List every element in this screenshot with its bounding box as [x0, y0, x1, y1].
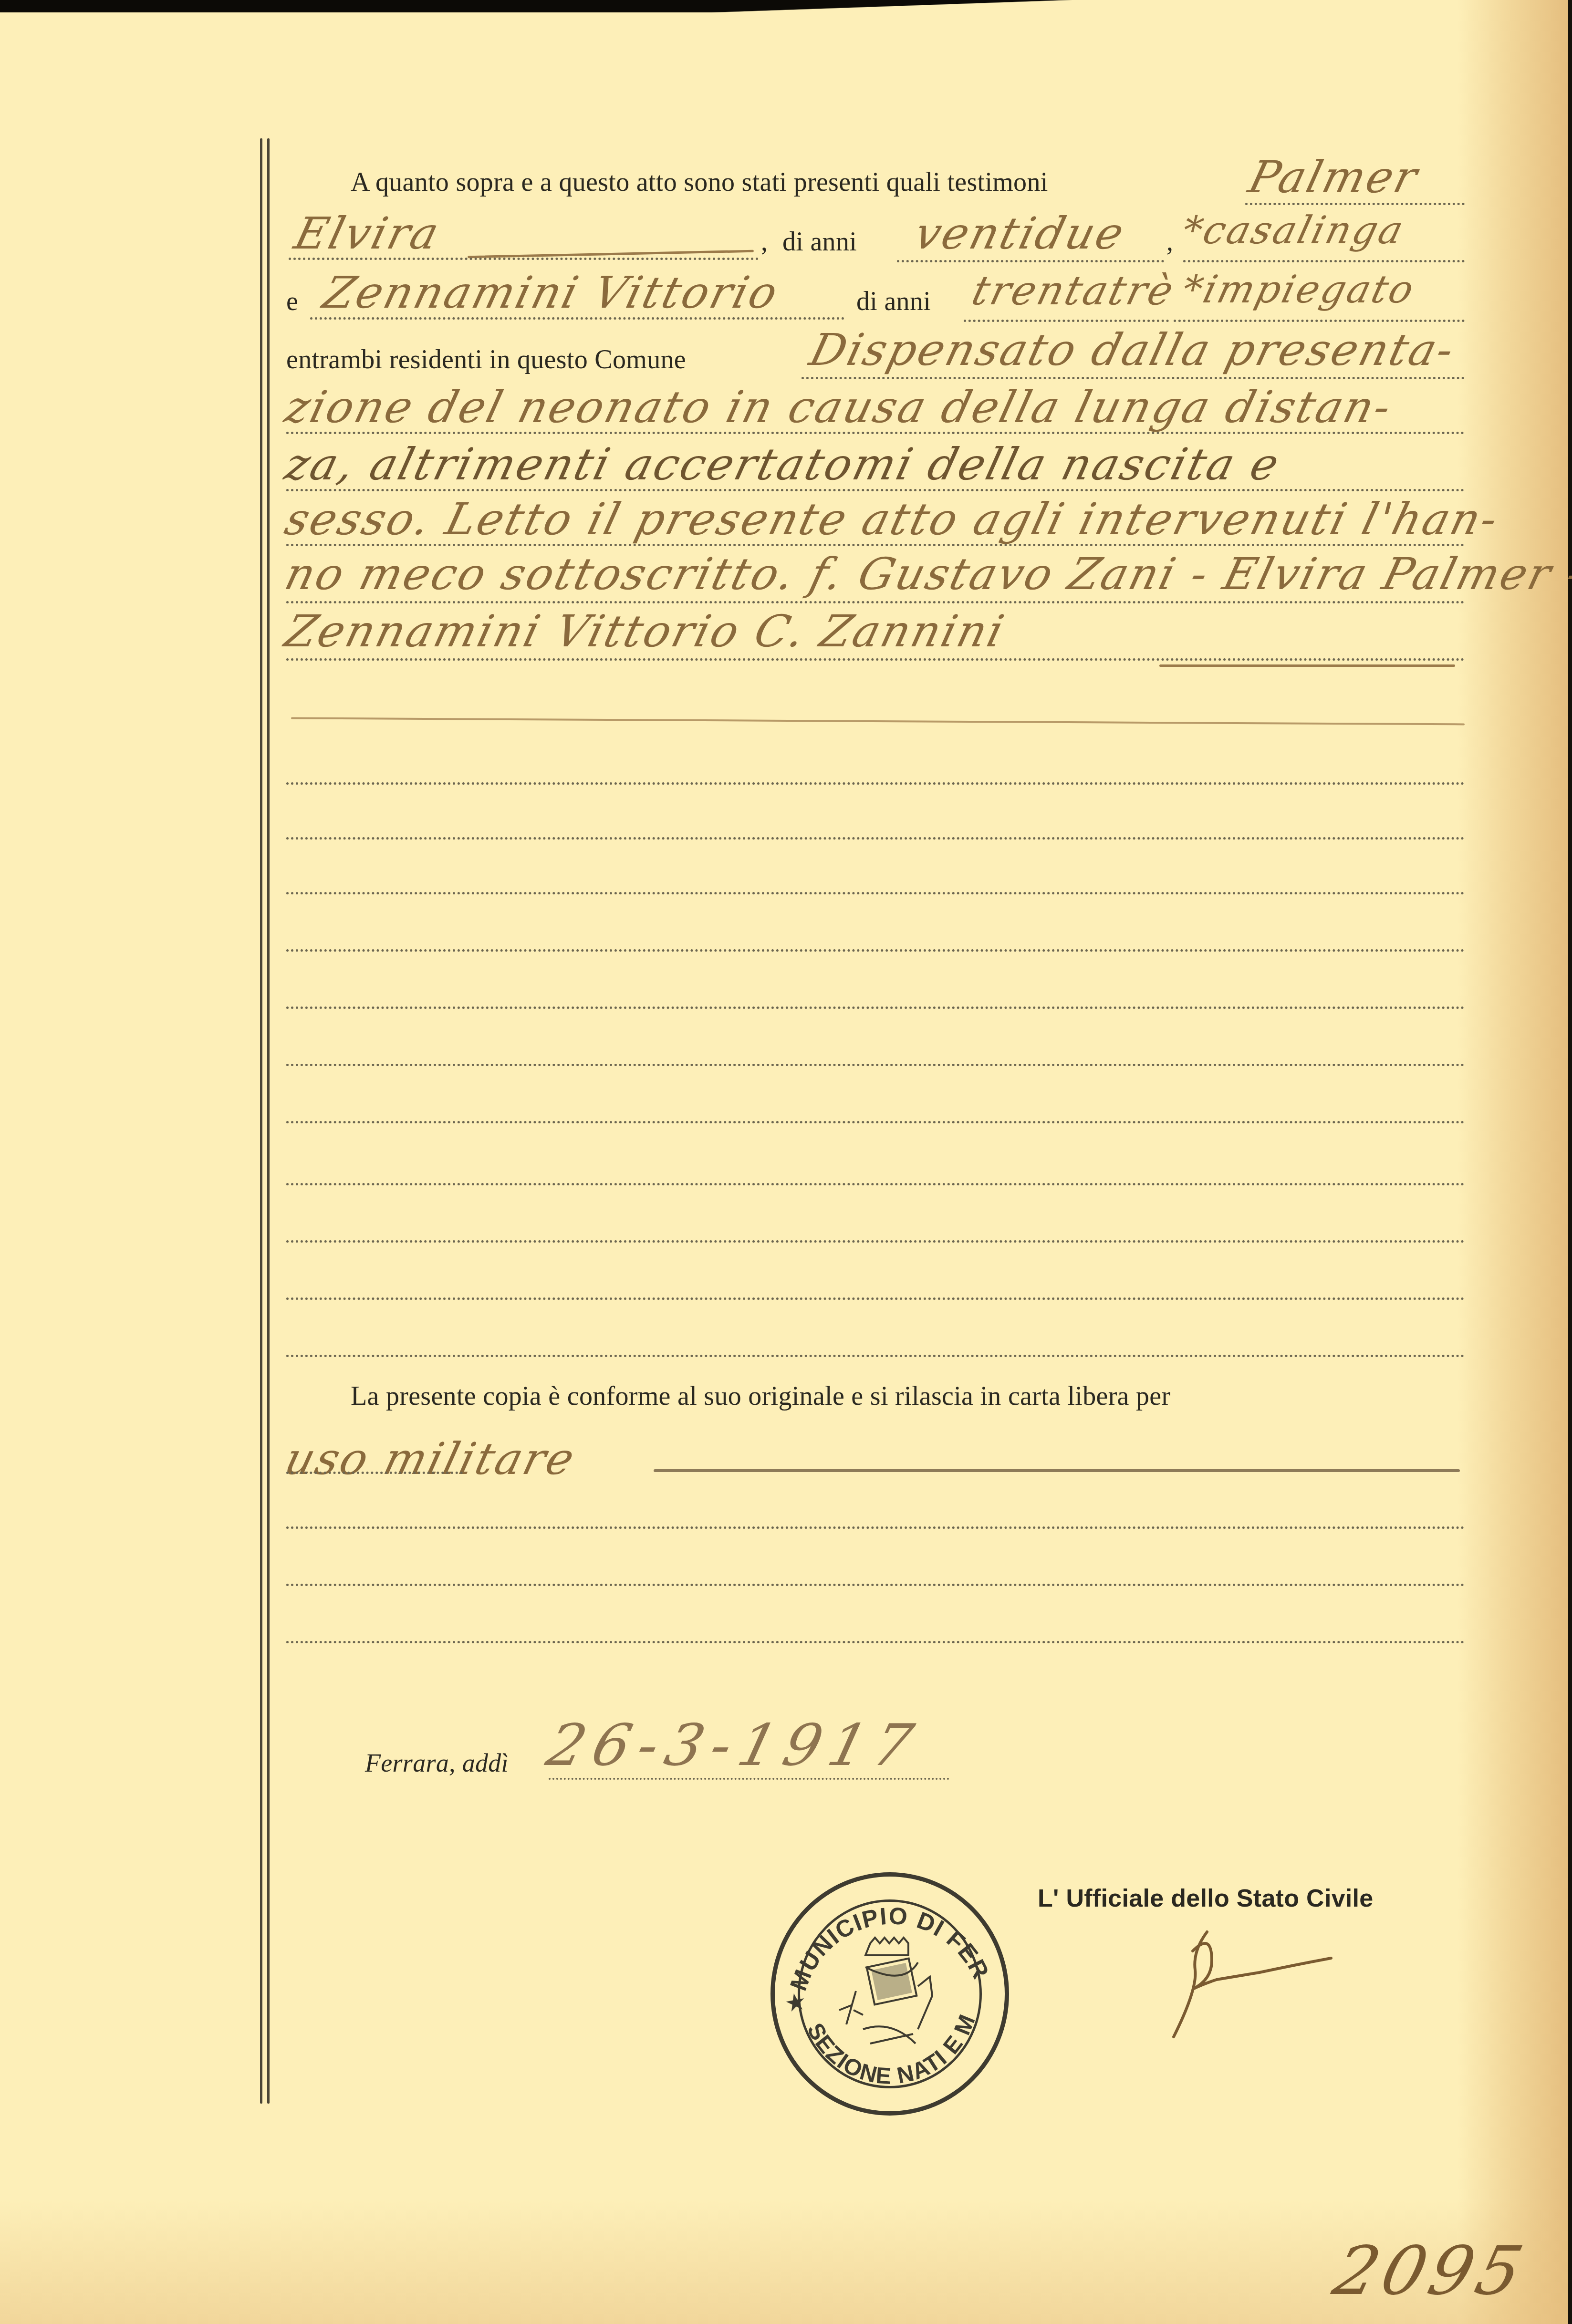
- witness2-occupation: *impiegato: [1177, 267, 1420, 311]
- notes-line-1: Dispensato dalla presenta-: [805, 324, 1461, 375]
- form-line: [289, 258, 759, 260]
- form-line: [964, 320, 1169, 322]
- form-line: [286, 601, 1465, 603]
- comma: ,: [1166, 227, 1173, 257]
- coat-of-arms-icon: [837, 1934, 942, 2058]
- form-line: [802, 377, 1465, 379]
- form-line: [286, 1641, 1465, 1643]
- form-line: [310, 317, 844, 320]
- filler-stroke: [1159, 664, 1455, 667]
- form-line: [286, 489, 1465, 491]
- form-line: [549, 1778, 949, 1780]
- form-line: [286, 1584, 1465, 1586]
- form-line: [286, 432, 1465, 434]
- official-signature: [1145, 1922, 1345, 2046]
- form-line: [1174, 320, 1465, 322]
- age-label: di anni: [782, 227, 857, 257]
- place-date-label: Ferrara, addì: [365, 1748, 509, 1778]
- conjunction: e: [286, 286, 298, 317]
- form-line: [1245, 203, 1465, 205]
- form-line: [897, 260, 1164, 262]
- filler-stroke: [291, 717, 1465, 726]
- purpose: uso militare: [280, 1433, 582, 1484]
- form-line: [286, 892, 1465, 894]
- form-line: [286, 949, 1465, 952]
- residence-label: entrambi residenti in questo Comune: [286, 344, 686, 375]
- notes-line-6: Zennamini Vittorio C. Zannini: [280, 606, 1011, 657]
- register-number: 2095: [1326, 2232, 1535, 2310]
- margin-rule: [267, 138, 270, 2104]
- paper-stain: [1457, 0, 1572, 2324]
- witnesses-intro: A quanto sopra e a questo atto sono stat…: [351, 167, 1048, 197]
- notes-line-3: za, altrimenti accertatomi della nascita…: [280, 439, 1286, 490]
- witness2-name: Zennamini Vittorio: [318, 267, 784, 318]
- form-line: [286, 1240, 1465, 1243]
- form-line: [286, 1183, 1465, 1185]
- form-line: [286, 1297, 1465, 1300]
- conformity-text: La presente copia è conforme al suo orig…: [351, 1381, 1170, 1411]
- form-line: [286, 1064, 1465, 1066]
- filler-stroke: [654, 1469, 1460, 1472]
- notes-line-5: no meco sottoscritto. f. Gustavo Zani - …: [280, 549, 1572, 600]
- form-line: [286, 544, 1465, 546]
- comma: ,: [761, 227, 768, 257]
- form-line: [286, 1355, 1465, 1357]
- notes-line-4: sesso. Letto il presente atto agli inter…: [280, 494, 1505, 545]
- margin-rule: [260, 138, 262, 2104]
- form-line: [286, 837, 1465, 840]
- form-line: [286, 1121, 1465, 1123]
- witness1-occupation: *casalinga: [1177, 208, 1409, 252]
- form-line: [286, 658, 1465, 661]
- date: 26-3-1917: [541, 1712, 928, 1779]
- witness1-surname: Palmer: [1244, 152, 1424, 203]
- scan-right-edge: [1568, 0, 1572, 2324]
- form-line: [286, 1526, 1465, 1529]
- witness1-firstname: Elvira: [290, 208, 446, 259]
- witness1-age: ventidue: [910, 208, 1131, 259]
- witness2-age: trentatrè: [968, 267, 1180, 314]
- municipal-stamp: ★MUNICIPIO DI FERRARA★ SEZIONE NATI E MO…: [770, 1872, 1009, 2116]
- notes-line-2: zione del neonato in causa della lunga d…: [280, 382, 1398, 433]
- age-label: di anni: [856, 286, 931, 317]
- form-line: [286, 782, 1465, 785]
- filler-stroke: [468, 250, 754, 259]
- form-line: [1183, 260, 1465, 262]
- form-line: [286, 1006, 1465, 1009]
- form-line: [286, 1472, 463, 1474]
- official-title: L' Ufficiale dello Stato Civile: [1038, 1884, 1374, 1913]
- scan-top-edge: [0, 0, 1572, 12]
